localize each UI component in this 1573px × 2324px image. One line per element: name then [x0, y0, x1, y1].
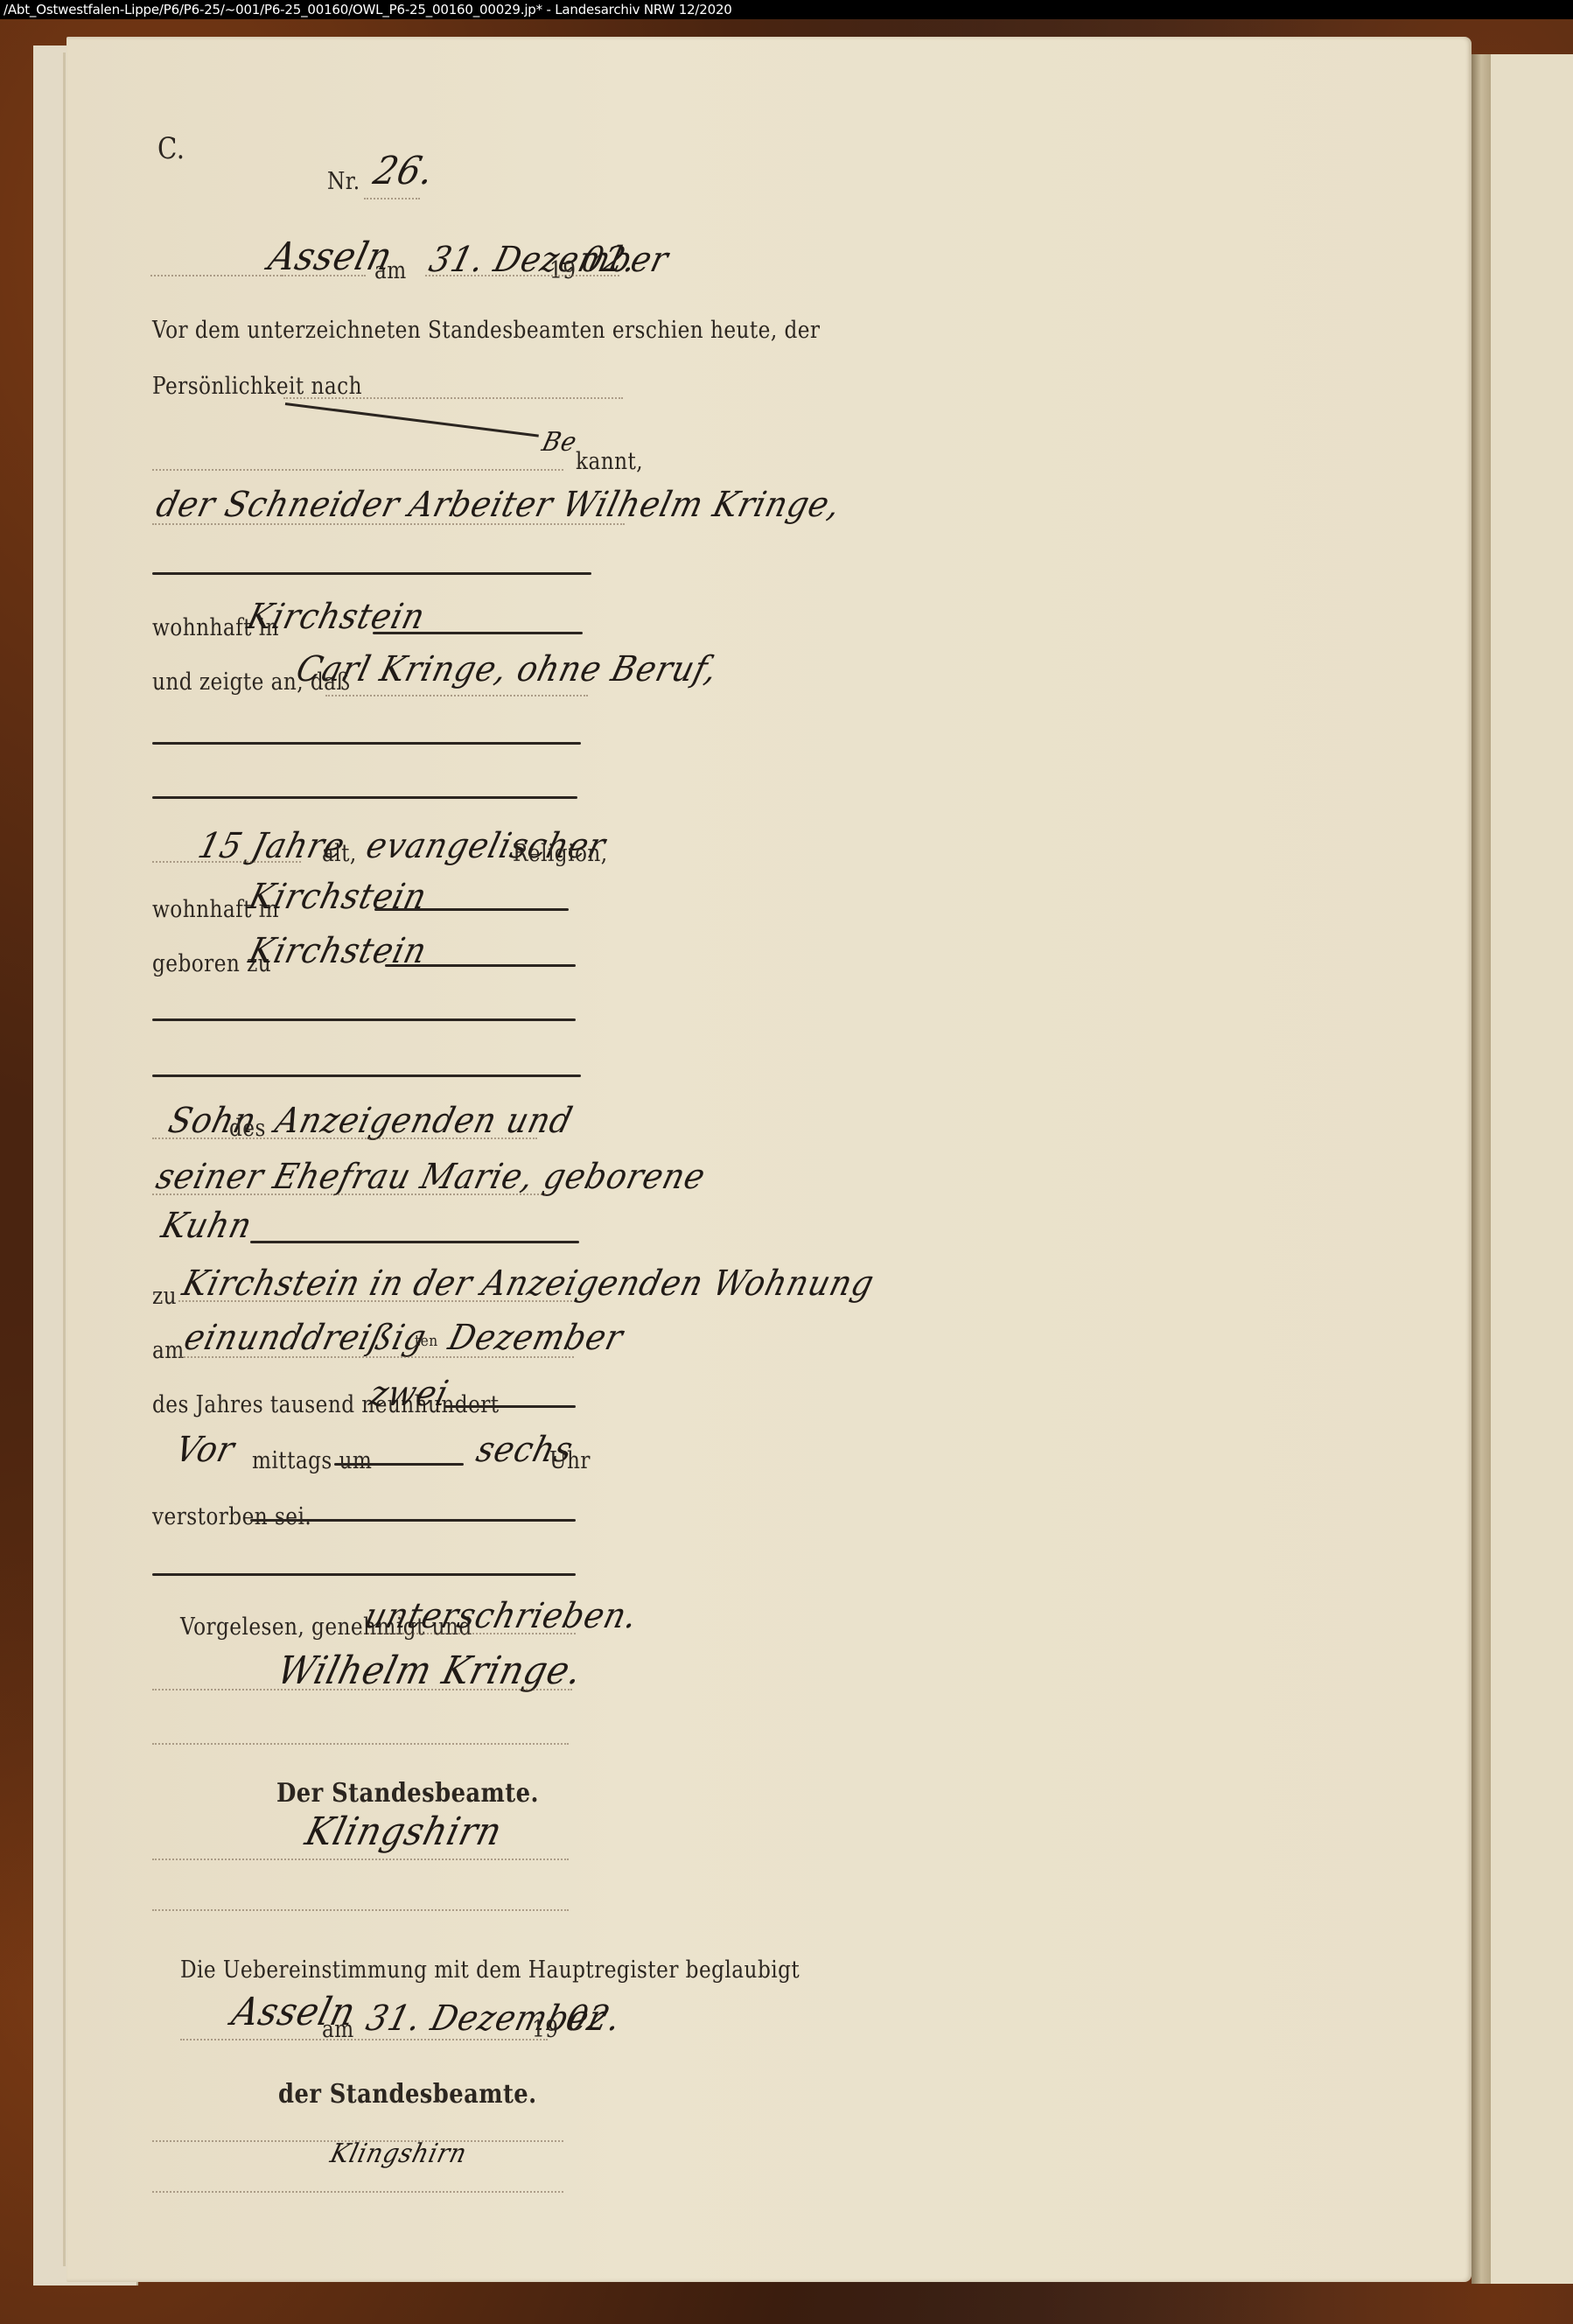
dotted-line [152, 1743, 569, 1745]
book-gutter [1472, 54, 1491, 2284]
dotted-line [152, 1137, 537, 1139]
death-place-label: zu [152, 1283, 177, 1310]
death-place: Kirchstein in der Anzeigenden Wohnung [178, 1263, 878, 1304]
parents-informant: Anzeigenden und [271, 1101, 577, 1141]
dotted-line [152, 861, 301, 863]
deceased-residence: Kirchstein [245, 877, 431, 917]
deceased-label: verstorben sei. [152, 1503, 311, 1530]
fill-rule [374, 908, 569, 911]
informant-name: der Schneider Arbeiter Wilhelm Kringe, [152, 485, 845, 525]
intro-text: Vor dem unterzeichneten Standesbeamten e… [152, 317, 820, 344]
known-label: kannt, [576, 448, 643, 475]
window-title-bar: /Abt_Ostwestfalen-Lippe/P6/P6-25/~001/P6… [0, 0, 1573, 19]
dotted-line [152, 469, 563, 471]
mother-name: seiner Ehefrau Marie, geborene [152, 1157, 710, 1197]
year-prefix: 19 [549, 257, 576, 284]
time-label: mittags um [252, 1447, 372, 1474]
dotted-line [152, 1689, 572, 1690]
informant-signature: Wilhelm Kringe. [273, 1648, 587, 1693]
fill-rule [152, 796, 577, 799]
dotted-line [180, 2039, 548, 2040]
personality-label: Persönlichkeit nach [152, 373, 362, 400]
fill-rule [250, 1241, 579, 1243]
time-period: Vor [171, 1430, 239, 1470]
dotted-line [364, 198, 420, 199]
dotted-line [282, 275, 366, 276]
certification-text: Die Uebereinstimmung mit dem Hauptregist… [180, 1956, 800, 1984]
fill-rule [152, 1573, 576, 1576]
fill-rule [250, 1519, 576, 1522]
dotted-line [152, 1909, 569, 1911]
certification-registrar-title: der Standesbeamte. [278, 2079, 537, 2110]
certification-registrar-signature: Klingshirn [327, 2138, 470, 2169]
record-number-value: 26. [369, 149, 439, 193]
dotted-line [152, 1193, 546, 1195]
strike-line [285, 402, 539, 437]
death-month: Dezember [444, 1318, 627, 1358]
dotted-line [152, 1858, 569, 1860]
certification-am-label: am [322, 2016, 354, 2043]
year-value: zwei [366, 1374, 453, 1414]
dotted-line [325, 695, 588, 696]
dotted-line [178, 1300, 572, 1302]
registrar-title: Der Standesbeamte. [276, 1778, 539, 1809]
dotted-line [360, 1633, 576, 1634]
fill-rule [444, 1405, 576, 1408]
dotted-line [152, 2140, 563, 2142]
section-letter: C. [157, 131, 185, 166]
death-date-label: am [152, 1337, 185, 1364]
known-prefix: Be [539, 427, 580, 458]
fill-rule [373, 632, 583, 634]
death-day-suffix: ten [415, 1332, 438, 1350]
page-edge-line [63, 52, 66, 2266]
death-record-form: C. Nr. 26. Asseln am 31. Dezember 19 02.… [66, 37, 1472, 2282]
read-approved-value: unterschrieben. [360, 1596, 642, 1636]
fill-rule [152, 1074, 581, 1077]
window-title: /Abt_Ostwestfalen-Lippe/P6/P6-25/~001/P6… [3, 2, 732, 17]
age-label: alt, [322, 840, 357, 867]
certification-year-prefix: 19 [532, 2016, 558, 2043]
certification-year-suffix: 02. [562, 1998, 626, 2039]
fill-rule [385, 964, 576, 967]
dotted-line [283, 397, 623, 399]
facing-page [1491, 54, 1573, 2284]
religion-label: Religion, [513, 840, 608, 867]
death-day: einunddreißig [180, 1318, 430, 1358]
deceased-name: Carl Kringe, ohne Beruf, [292, 649, 722, 689]
dotted-line [180, 1356, 574, 1358]
registrar-signature: Klingshirn [301, 1809, 507, 1854]
record-number-label: Nr. [327, 168, 360, 195]
dotted-line [425, 275, 619, 276]
fill-rule [152, 572, 591, 575]
document-page: C. Nr. 26. Asseln am 31. Dezember 19 02.… [66, 37, 1472, 2282]
dotted-line [150, 275, 282, 276]
dotted-line [152, 2191, 563, 2193]
am-label: am [374, 257, 407, 284]
time-unit: Uhr [549, 1447, 591, 1474]
fill-rule [152, 1018, 576, 1021]
fill-rule [334, 1463, 464, 1466]
mother-maiden-name: Kuhn [157, 1206, 256, 1246]
fill-rule [152, 742, 581, 745]
dotted-line [152, 523, 625, 525]
